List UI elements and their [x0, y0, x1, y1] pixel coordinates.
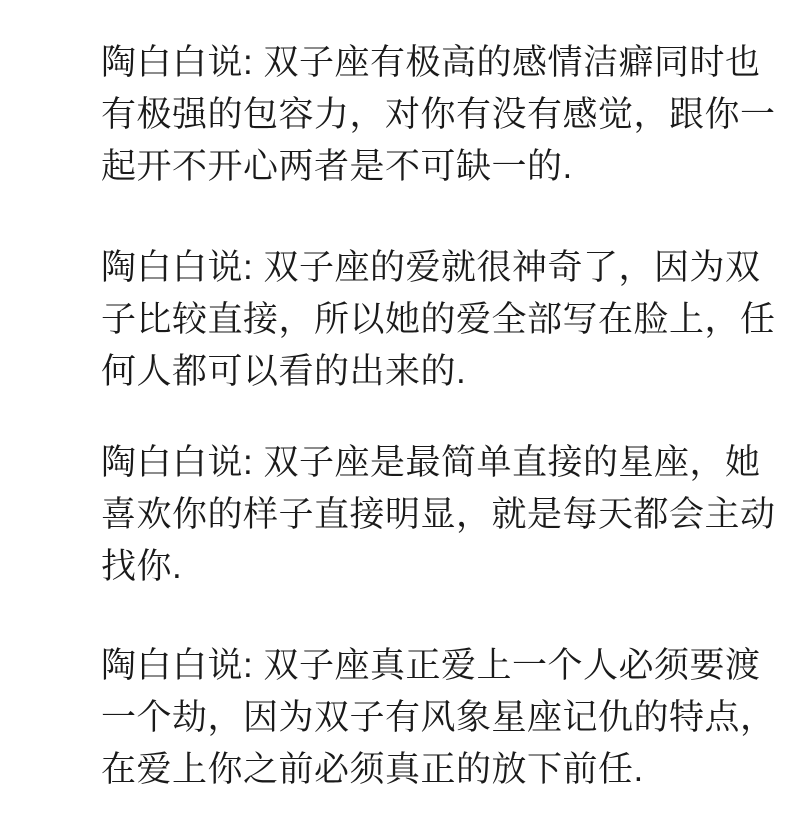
quote-line: 有极强的包容力，对你有没有感觉，跟你一: [101, 89, 710, 141]
quote-paragraph-1: 陶白白说: 双子座有极高的感情洁癖同时也 有极强的包容力，对你有没有感觉，跟你一…: [101, 37, 710, 193]
quote-paragraph-4: 陶白白说: 双子座真正爱上一个人必须要渡 一个劫，因为双子有风象星座记仇的特点，…: [101, 640, 710, 796]
quote-line: 子比较直接，所以她的爱全部写在脸上，任: [101, 294, 710, 346]
quote-line: 陶白白说: 双子座真正爱上一个人必须要渡: [101, 640, 710, 692]
quote-line: 喜欢你的样子直接明显，就是每天都会主动: [101, 489, 710, 541]
quote-paragraph-2: 陶白白说: 双子座的爱就很神奇了，因为双 子比较直接，所以她的爱全部写在脸上，任…: [101, 242, 710, 398]
quote-line: 在爱上你之前必须真正的放下前任.: [101, 744, 710, 796]
quote-line: 陶白白说: 双子座的爱就很神奇了，因为双: [101, 242, 710, 294]
quote-line: 找你.: [101, 541, 710, 593]
quote-line: 何人都可以看的出来的.: [101, 346, 710, 398]
quote-text-page: 陶白白说: 双子座有极高的感情洁癖同时也 有极强的包容力，对你有没有感觉，跟你一…: [0, 0, 800, 821]
quote-line: 陶白白说: 双子座是最简单直接的星座，她: [101, 437, 710, 489]
quote-line: 一个劫，因为双子有风象星座记仇的特点，: [101, 692, 710, 744]
quote-line: 陶白白说: 双子座有极高的感情洁癖同时也: [101, 37, 710, 89]
quote-paragraph-3: 陶白白说: 双子座是最简单直接的星座，她 喜欢你的样子直接明显，就是每天都会主动…: [101, 437, 710, 593]
quote-line: 起开不开心两者是不可缺一的.: [101, 141, 710, 193]
